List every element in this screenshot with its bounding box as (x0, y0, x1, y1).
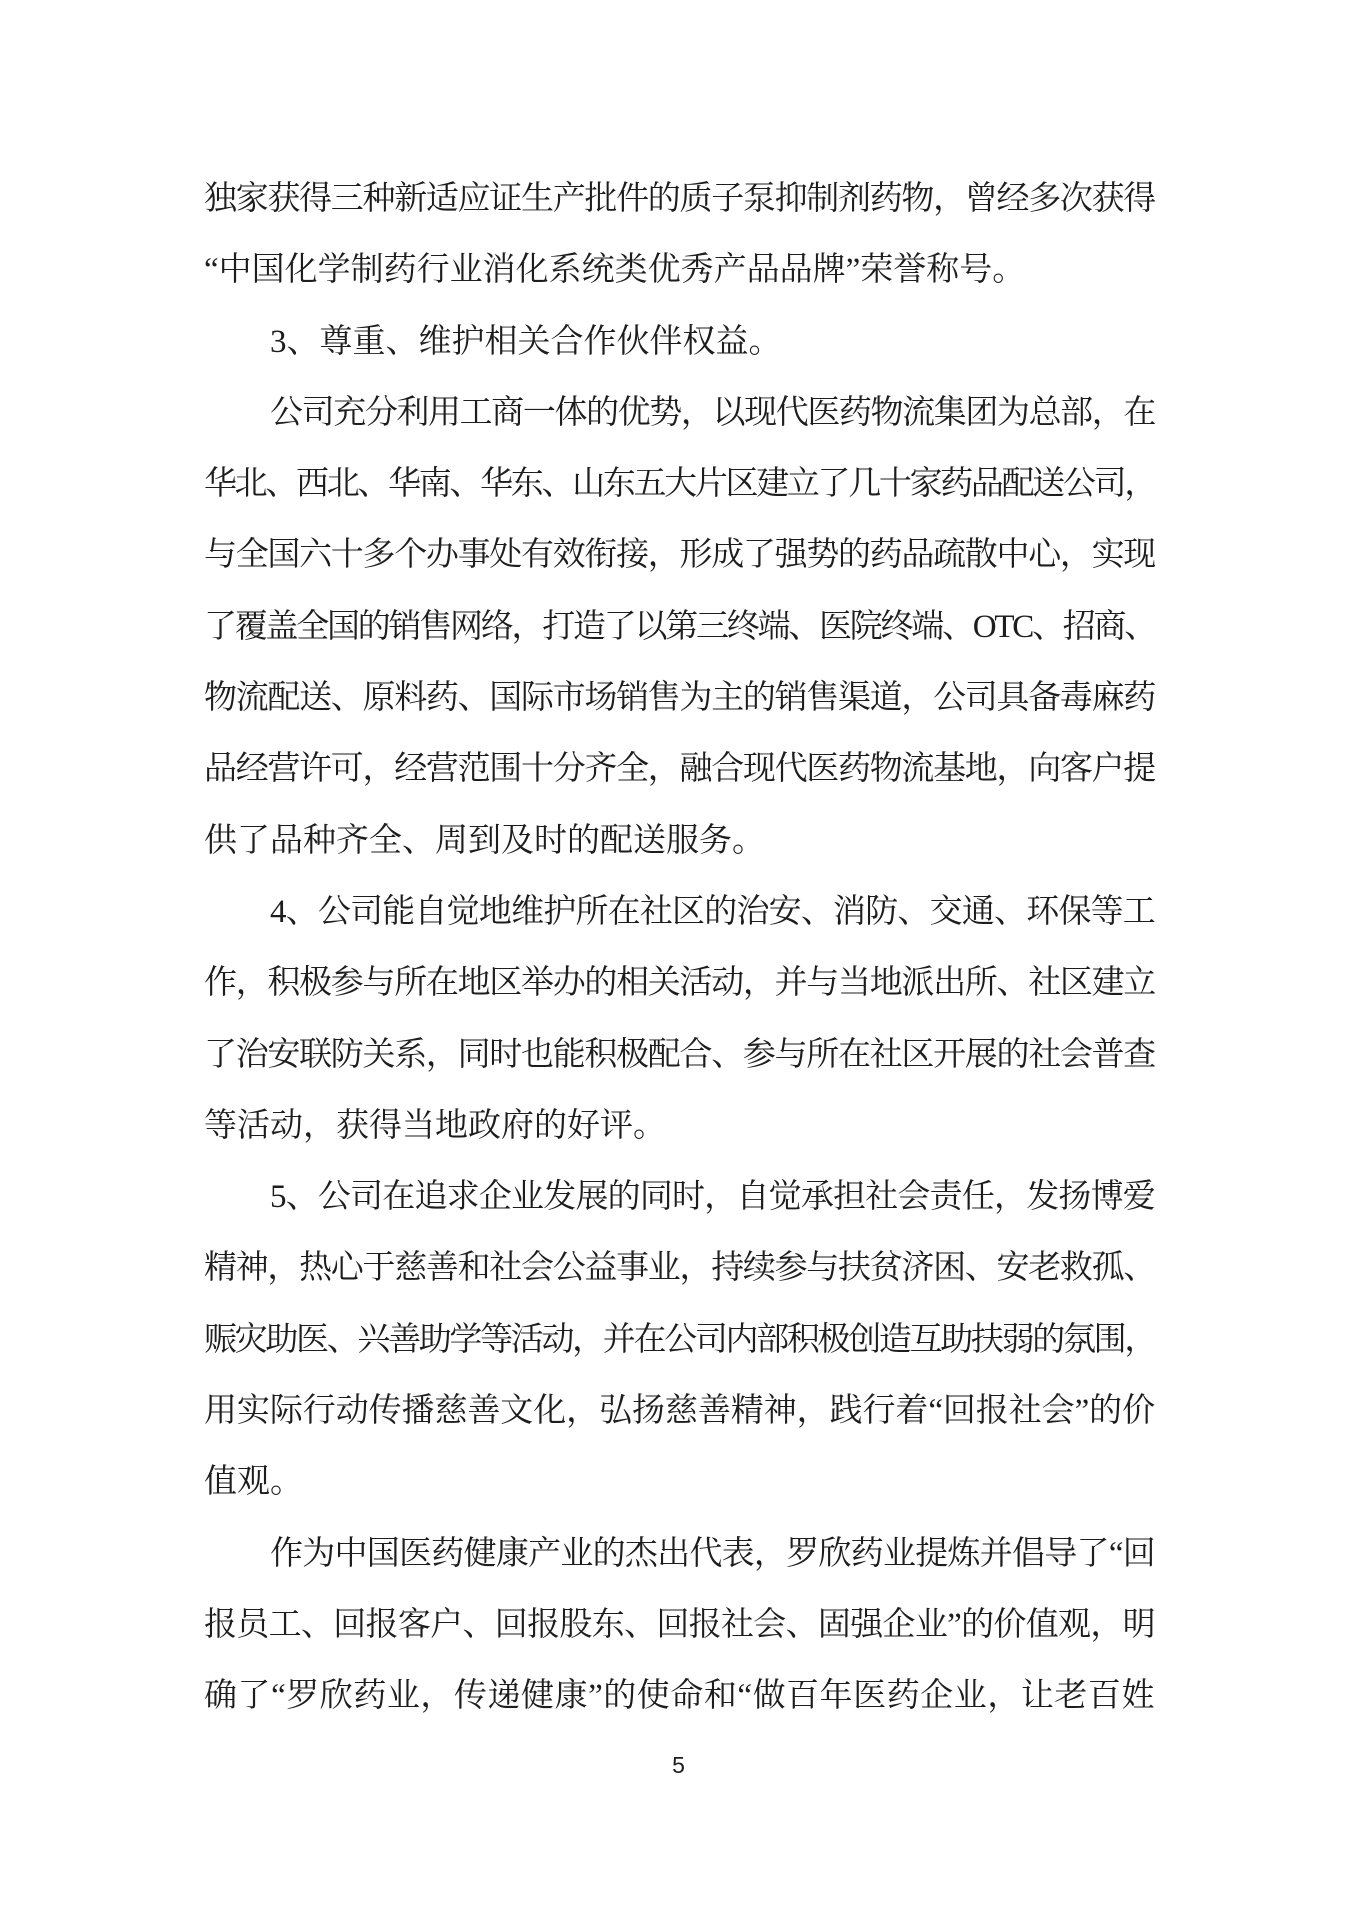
text-line: 5、公司在追求企业发展的同时，自觉承担社会责任，发扬博爱 (204, 1162, 1155, 1233)
text-line: 用实际行动传播慈善文化，弘扬慈善精神，践行着“回报社会”的价 (204, 1376, 1155, 1447)
text-line: 赈灾助医、兴善助学等活动，并在公司内部积极创造互助扶弱的氛围， (204, 1305, 1155, 1376)
text-line: 报员工、回报客户、回报股东、回报社会、固强企业”的价值观，明 (204, 1590, 1155, 1661)
text-line: 了治安联防关系，同时也能积极配合、参与所在社区开展的社会普查 (204, 1020, 1155, 1091)
document-page: 独家获得三种新适应证生产批件的质子泵抑制剂药物，曾经多次获得 “中国化学制药行业… (0, 0, 1357, 1920)
text-line: 了覆盖全国的销售网络，打造了以第三终端、医院终端、OTC、招商、 (204, 592, 1155, 663)
text-line: 物流配送、原料药、国际市场销售为主的销售渠道，公司具备毒麻药 (204, 663, 1155, 734)
text-line: “中国化学制药行业消化系统类优秀产品品牌”荣誉称号。 (204, 235, 1155, 306)
text-line: 4、公司能自觉地维护所在社区的治安、消防、交通、环保等工 (204, 877, 1155, 948)
text-line: 品经营许可，经营范围十分齐全，融合现代医药物流基地，向客户提 (204, 734, 1155, 805)
text-line: 等活动，获得当地政府的好评。 (204, 1091, 1155, 1162)
text-line: 华北、西北、华南、华东、山东五大片区建立了几十家药品配送公司， (204, 449, 1155, 520)
page-number: 5 (0, 1752, 1357, 1779)
text-line: 3、尊重、维护相关合作伙伴权益。 (204, 307, 1155, 378)
page-text: 独家获得三种新适应证生产批件的质子泵抑制剂药物，曾经多次获得 “中国化学制药行业… (204, 164, 1155, 1733)
text-line: 作，积极参与所在地区举办的相关活动，并与当地派出所、社区建立 (204, 948, 1155, 1019)
text-line: 独家获得三种新适应证生产批件的质子泵抑制剂药物，曾经多次获得 (204, 164, 1155, 235)
text-line: 确了“罗欣药业，传递健康”的使命和“做百年医药企业，让老百姓 (204, 1661, 1155, 1732)
text-line: 与全国六十多个办事处有效衔接，形成了强势的药品疏散中心，实现 (204, 520, 1155, 591)
text-line: 公司充分利用工商一体的优势，以现代医药物流集团为总部，在 (204, 378, 1155, 449)
text-line: 精神，热心于慈善和社会公益事业，持续参与扶贫济困、安老救孤、 (204, 1233, 1155, 1304)
text-line: 供了品种齐全、周到及时的配送服务。 (204, 806, 1155, 877)
text-line: 值观。 (204, 1447, 1155, 1518)
text-line: 作为中国医药健康产业的杰出代表，罗欣药业提炼并倡导了“回 (204, 1519, 1155, 1590)
